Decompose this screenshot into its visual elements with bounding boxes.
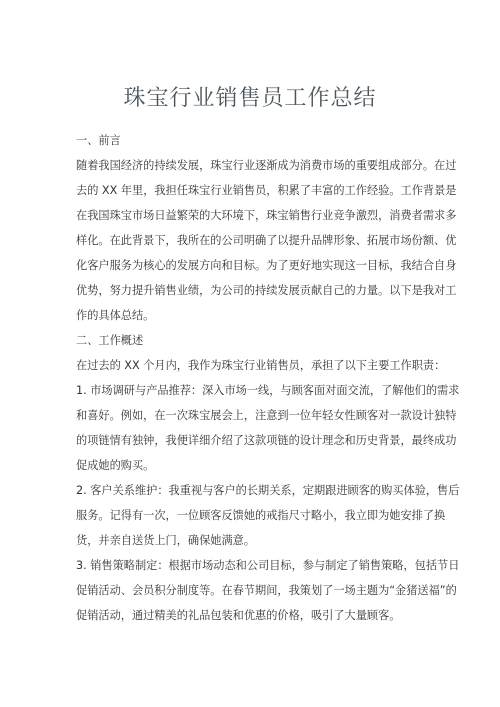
list-item-line: 2. 客户关系维护：我重视与客户的长期关系，定期跟进顾客的购买体验，售后: [76, 478, 432, 503]
paragraph-line: 在我国珠宝市场日益繁荣的大环境下，珠宝销售行业竞争激烈，消费者需求多: [76, 203, 432, 228]
list-item-line: 3. 销售策略制定：根据市场动态和公司目标，参与制定了销售策略，包括节日: [76, 553, 432, 578]
list-item-line: 促销活动、会员积分制度等。在春节期间，我策划了一场主题为“金猪送福”的: [76, 578, 432, 603]
list-item-line: 促成她的购买。: [76, 453, 432, 478]
list-item-line: 服务。记得有一次，一位顾客反馈她的戒指尺寸略小，我立即为她安排了换: [76, 503, 432, 528]
paragraph-line: 在过去的 XX 个月内，我作为珠宝行业销售员，承担了以下主要工作职责：: [76, 353, 432, 378]
document-page: 珠宝行业销售员工作总结 一、前言 随着我国经济的持续发展，珠宝行业逐渐成为消费市…: [0, 0, 500, 707]
paragraph-line: 样化。在此背景下，我所在的公司明确了以提升品牌形象、拓展市场份额、优: [76, 228, 432, 253]
list-item-line: 的项链情有独钟，我便详细介绍了这款项链的设计理念和历史背景，最终成功: [76, 428, 432, 453]
list-item-line: 货，并亲自送货上门，确保她满意。: [76, 528, 432, 553]
section-heading-overview: 二、工作概述: [76, 328, 432, 353]
paragraph-line: 去的 XX 年里，我担任珠宝行业销售员，积累了丰富的工作经验。工作背景是: [76, 178, 432, 203]
document-body: 一、前言 随着我国经济的持续发展，珠宝行业逐渐成为消费市场的重要组成部分。在过 …: [76, 128, 432, 628]
paragraph-line: 随着我国经济的持续发展，珠宝行业逐渐成为消费市场的重要组成部分。在过: [76, 153, 432, 178]
paragraph-line: 化客户服务为核心的发展方向和目标。为了更好地实现这一目标，我结合自身: [76, 253, 432, 278]
list-item-line: 促销活动，通过精美的礼品包装和优惠的价格，吸引了大量顾客。: [76, 603, 432, 628]
paragraph-line: 作的具体总结。: [76, 303, 432, 328]
section-heading-preface: 一、前言: [76, 128, 432, 153]
document-title: 珠宝行业销售员工作总结: [0, 84, 500, 114]
list-item-line: 和喜好。例如，在一次珠宝展会上，注意到一位年轻女性顾客对一款设计独特: [76, 403, 432, 428]
paragraph-line: 优势，努力提升销售业绩，为公司的持续发展贡献自己的力量。以下是我对工: [76, 278, 432, 303]
list-item-line: 1. 市场调研与产品推荐：深入市场一线，与顾客面对面交流，了解他们的需求: [76, 378, 432, 403]
